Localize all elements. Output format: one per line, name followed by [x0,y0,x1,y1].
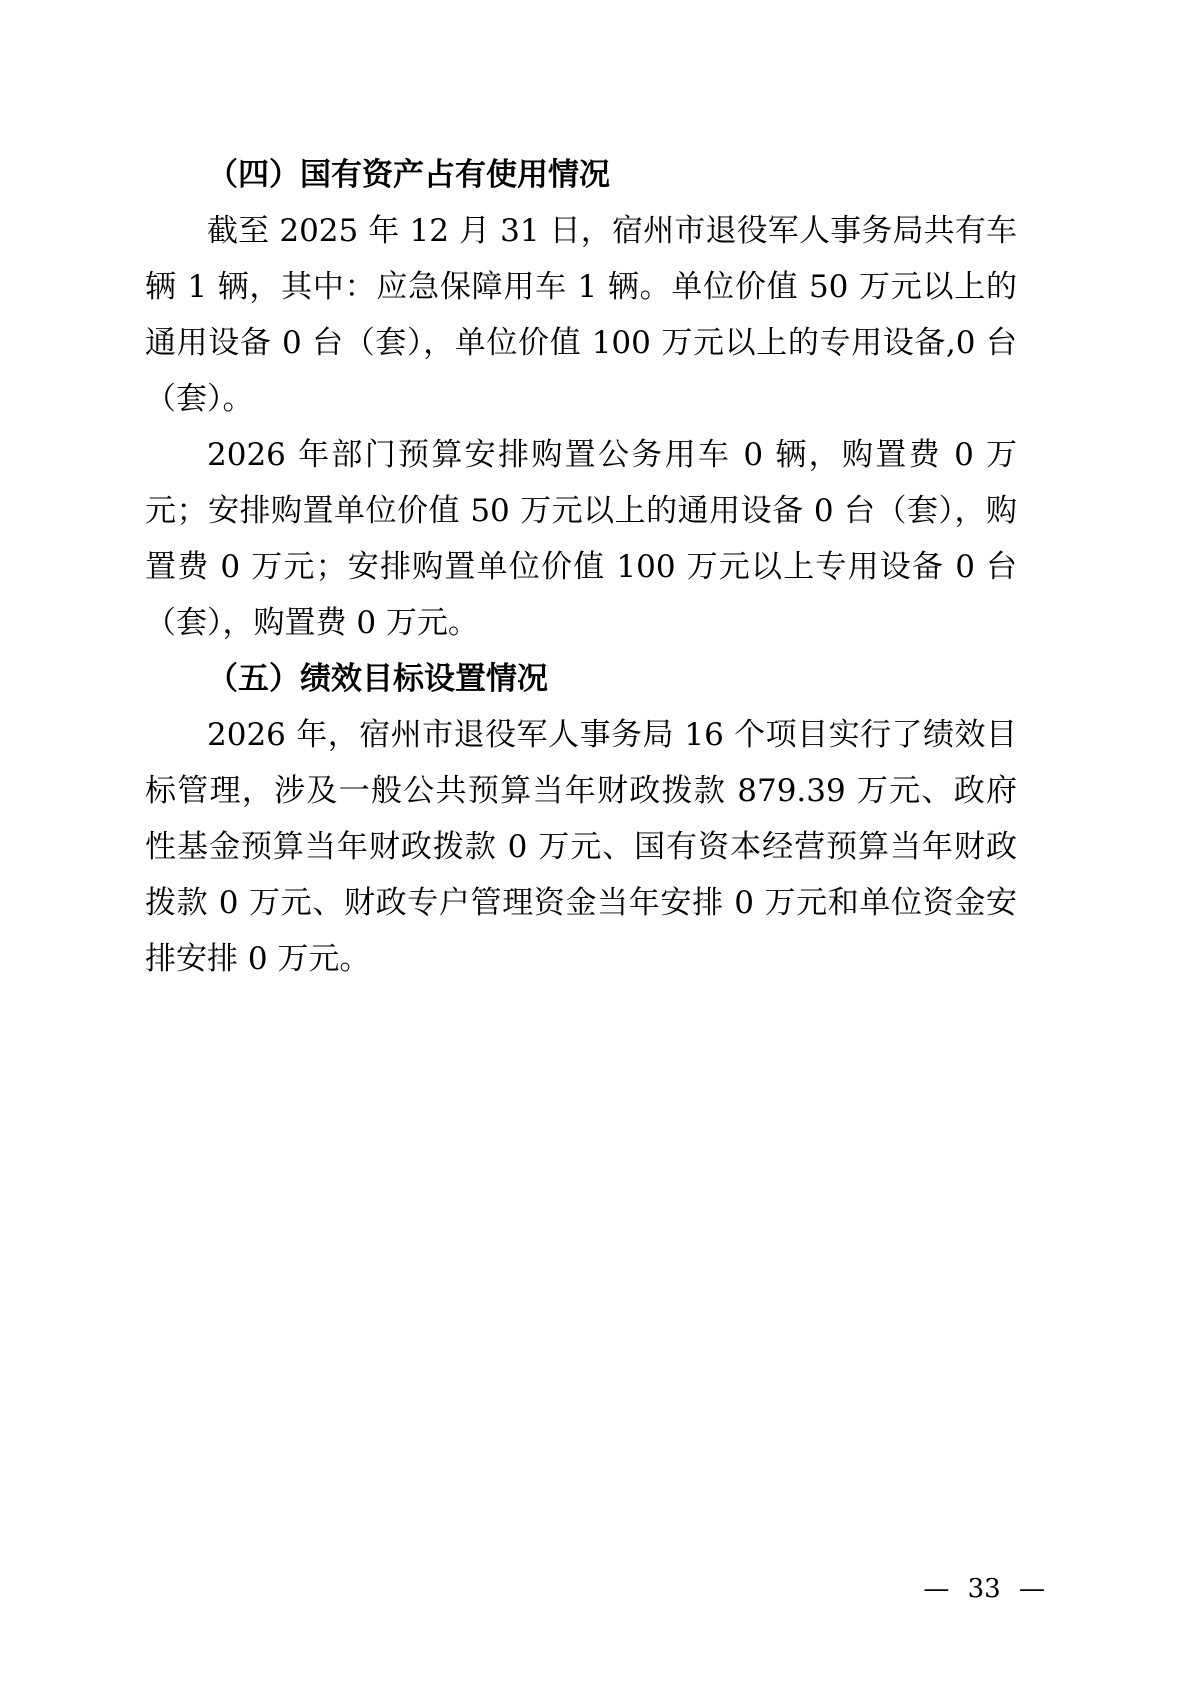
paragraph-performance-targets: 2026 年，宿州市退役军人事务局 16 个项目实行了绩效目标管理，涉及一般公共… [145,707,1017,987]
section-heading-state-assets: （四）国有资产占有使用情况 [145,147,1017,203]
document-body: （四）国有资产占有使用情况 截至 2025 年 12 月 31 日，宿州市退役军… [145,147,1017,987]
section-heading-performance-targets: （五）绩效目标设置情况 [145,651,1017,707]
document-page: （四）国有资产占有使用情况 截至 2025 年 12 月 31 日，宿州市退役军… [0,0,1190,1683]
page-number: — 33 — [923,1574,1045,1604]
paragraph-assets-overview: 截至 2025 年 12 月 31 日，宿州市退役军人事务局共有车辆 1 辆，其… [145,203,1017,427]
page-footer: — 33 — [923,1574,1045,1604]
paragraph-assets-budget-plan: 2026 年部门预算安排购置公务用车 0 辆，购置费 0 万元；安排购置单位价值… [145,427,1017,651]
